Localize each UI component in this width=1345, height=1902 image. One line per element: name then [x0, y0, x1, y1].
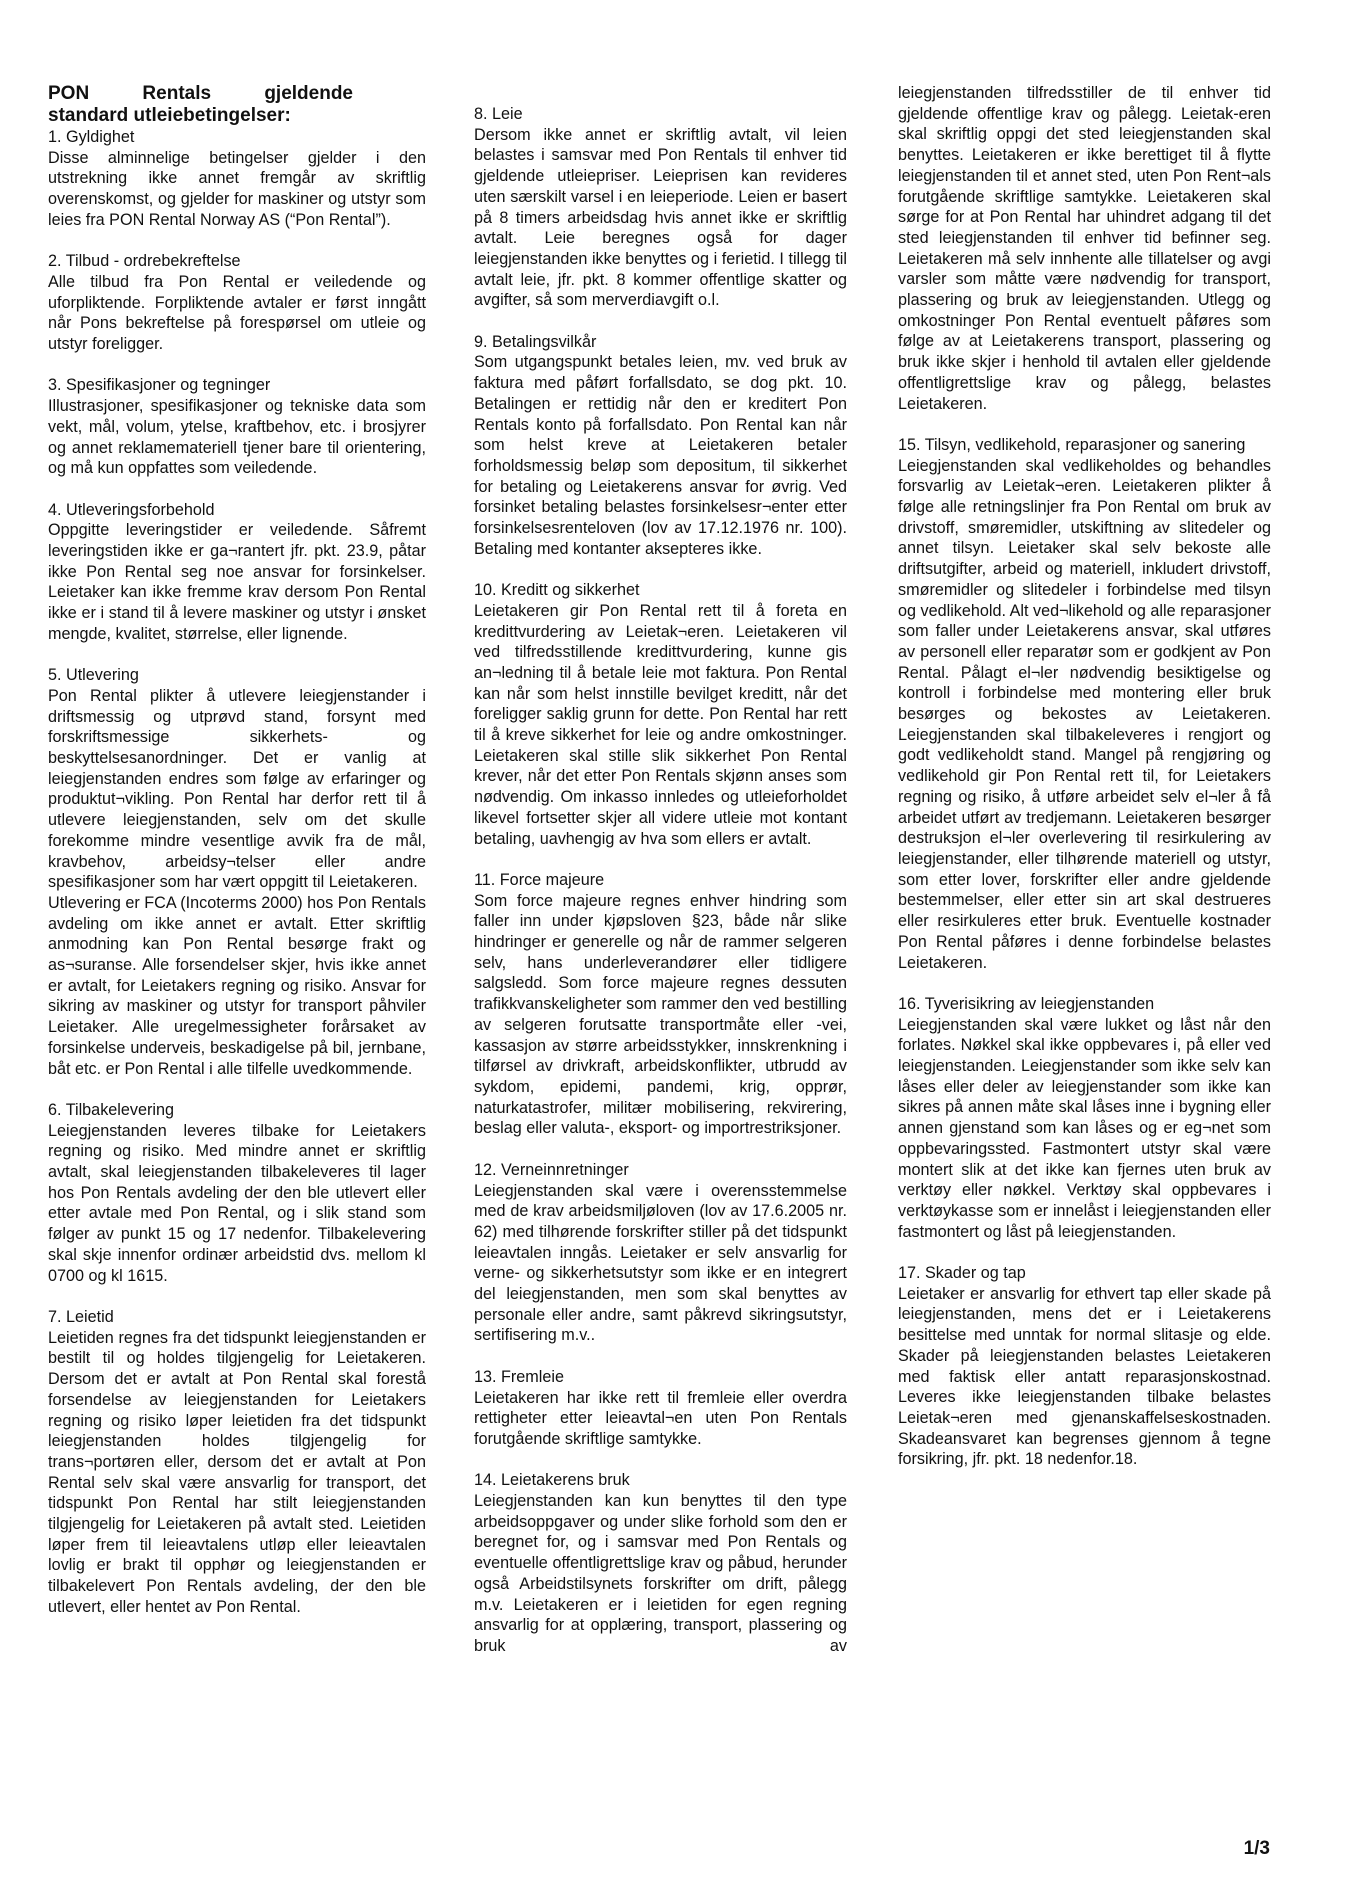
section-text: Leiegjenstanden skal vedlikeholdes og be…: [898, 456, 1271, 974]
section-5-utlevering: 5. Utlevering Pon Rental plikter å utlev…: [48, 665, 426, 1079]
column-2: 8. Leie Dersom ikke annet er skriftlig a…: [474, 104, 847, 1677]
section-10-kreditt: 10. Kreditt og sikkerhet Leietakeren gir…: [474, 580, 847, 849]
section-4-utleveringsforbehold: 4. Utleveringsforbehold Oppgitte leverin…: [48, 500, 426, 645]
section-14-continued: leiegjenstanden tilfredsstiller de til e…: [898, 83, 1271, 414]
section-heading: 7. Leietid: [48, 1307, 426, 1328]
section-text: Leietakeren gir Pon Rental rett til å fo…: [474, 601, 847, 849]
section-heading: 12. Verneinnretninger: [474, 1160, 847, 1181]
section-text: Utlevering er FCA (Incoterms 2000) hos P…: [48, 893, 426, 1079]
section-text: Leietiden regnes fra det tidspunkt leieg…: [48, 1328, 426, 1618]
page-number: 1/3: [1244, 1838, 1270, 1860]
section-heading: 2. Tilbud - ordrebekreftelse: [48, 251, 426, 272]
section-16-tyverisikring: 16. Tyverisikring av leiegjenstanden Lei…: [898, 994, 1271, 1242]
section-17-skader: 17. Skader og tap Leietaker er ansvarlig…: [898, 1263, 1271, 1470]
section-heading: 11. Force majeure: [474, 870, 847, 891]
section-text: Som force majeure regnes enhver hindring…: [474, 891, 847, 1139]
section-heading: 5. Utlevering: [48, 665, 426, 686]
section-14-leietakerens-bruk: 14. Leietakerens bruk Leiegjenstanden ka…: [474, 1470, 847, 1656]
section-12-verneinnretninger: 12. Verneinnretninger Leiegjenstanden sk…: [474, 1160, 847, 1346]
section-1-gyldighet: 1. Gyldighet Disse alminnelige betingels…: [48, 127, 426, 231]
section-heading: 17. Skader og tap: [898, 1263, 1271, 1284]
section-text: Illustrasjoner, spesifikasjoner og tekni…: [48, 396, 426, 479]
section-7-leietid: 7. Leietid Leietiden regnes fra det tids…: [48, 1307, 426, 1618]
section-13-fremleie: 13. Fremleie Leietakeren har ikke rett t…: [474, 1367, 847, 1450]
section-heading: 15. Tilsyn, vedlikehold, reparasjoner og…: [898, 435, 1271, 456]
section-text: Leietaker er ansvarlig for ethvert tap e…: [898, 1284, 1271, 1470]
section-text: Oppgitte leveringstider er veiledende. S…: [48, 520, 426, 644]
document-title: PON Rentals gjeldende standard utleiebet…: [48, 83, 426, 127]
section-6-tilbakelevering: 6. Tilbakelevering Leiegjenstanden lever…: [48, 1100, 426, 1286]
column-3: leiegjenstanden tilfredsstiller de til e…: [898, 83, 1271, 1491]
section-text-part-1: Leiegjenstanden kan kun benyttes til den…: [474, 1491, 847, 1657]
section-heading: 6. Tilbakelevering: [48, 1100, 426, 1121]
section-text: Alle tilbud fra Pon Rental er veiledende…: [48, 272, 426, 355]
section-heading: 9. Betalingsvilkår: [474, 332, 847, 353]
section-11-force-majeure: 11. Force majeure Som force majeure regn…: [474, 870, 847, 1139]
section-text: Leiegjenstanden skal være lukket og låst…: [898, 1015, 1271, 1243]
section-heading: 3. Spesifikasjoner og tegninger: [48, 375, 426, 396]
title-line-2: standard utleiebetingelser:: [48, 105, 291, 126]
title-line-1: PON Rentals gjeldende: [48, 83, 353, 105]
section-heading: 4. Utleveringsforbehold: [48, 500, 426, 521]
section-text: Som utgangspunkt betales leien, mv. ved …: [474, 352, 847, 559]
section-15-tilsyn: 15. Tilsyn, vedlikehold, reparasjoner og…: [898, 435, 1271, 973]
section-3-spesifikasjoner: 3. Spesifikasjoner og tegninger Illustra…: [48, 375, 426, 479]
column-1: PON Rentals gjeldende standard utleiebet…: [48, 83, 426, 1638]
section-heading: 14. Leietakerens bruk: [474, 1470, 847, 1491]
section-text: Leiegjenstanden leveres tilbake for Leie…: [48, 1121, 426, 1287]
section-text-part-2: leiegjenstanden tilfredsstiller de til e…: [898, 83, 1271, 414]
section-heading: 16. Tyverisikring av leiegjenstanden: [898, 994, 1271, 1015]
section-text: Disse alminnelige betingelser gjelder i …: [48, 148, 426, 231]
section-text: Pon Rental plikter å utlevere leiegjenst…: [48, 686, 426, 893]
section-9-betalingsvilkar: 9. Betalingsvilkår Som utgangspunkt beta…: [474, 332, 847, 560]
section-heading: 13. Fremleie: [474, 1367, 847, 1388]
section-text: Dersom ikke annet er skriftlig avtalt, v…: [474, 125, 847, 311]
section-8-leie: 8. Leie Dersom ikke annet er skriftlig a…: [474, 104, 847, 311]
section-heading: 10. Kreditt og sikkerhet: [474, 580, 847, 601]
section-text: Leietakeren har ikke rett til fremleie e…: [474, 1388, 847, 1450]
section-text: Leiegjenstanden skal være i overensstemm…: [474, 1181, 847, 1347]
section-heading: 1. Gyldighet: [48, 127, 426, 148]
section-heading: 8. Leie: [474, 104, 847, 125]
section-2-tilbud: 2. Tilbud - ordrebekreftelse Alle tilbud…: [48, 251, 426, 355]
